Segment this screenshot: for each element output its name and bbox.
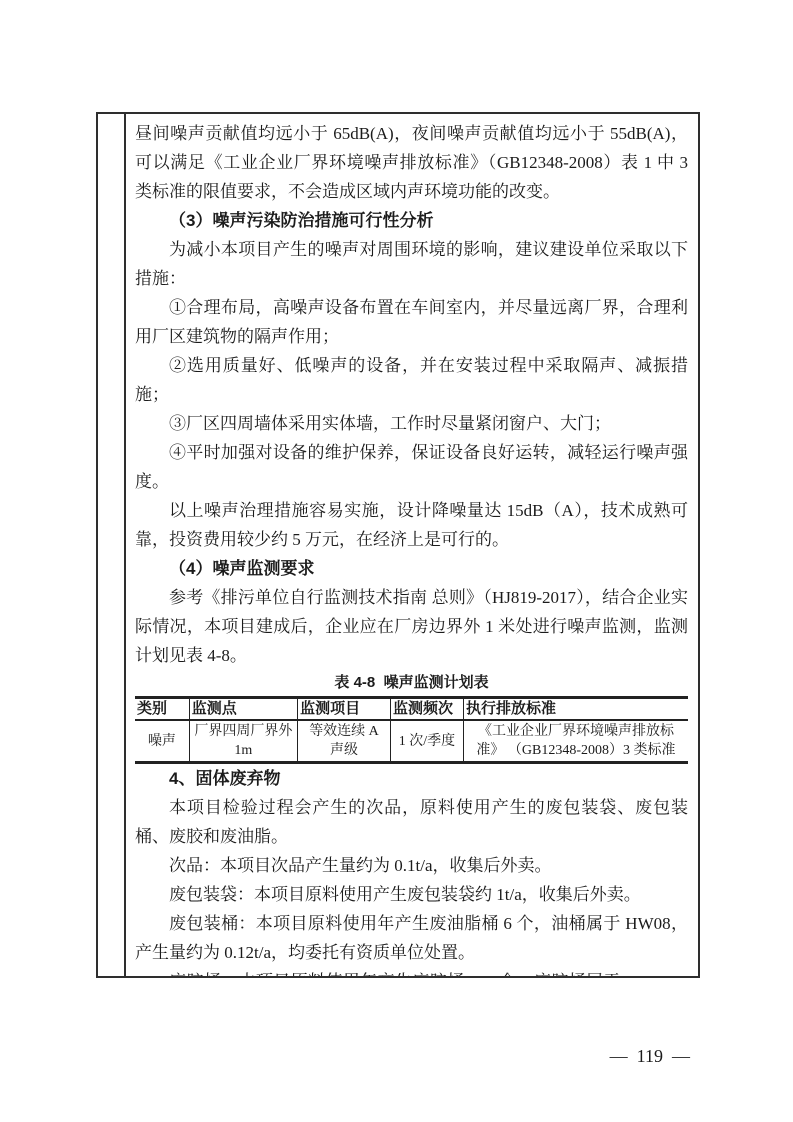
monitoring-table-block: 表 4-8 噪声监测计划表 类别 监测点 监测项目	[135, 670, 688, 764]
table-header-frequency: 监测频次	[390, 698, 463, 721]
paragraph-monitoring-plan: 参考《排污单位自行监测技术指南 总则》（HJ819-2017），结合企业实际情况…	[135, 583, 688, 670]
paragraph-solid-waste-intro: 本项目检验过程会产生的次品，原料使用产生的废包装袋、废包装桶、废胶和废油脂。	[135, 793, 688, 851]
content-frame: 昼间噪声贡献值均远小于 65dB(A)，夜间噪声贡献值均远小于 55dB(A)，…	[96, 112, 700, 978]
monitoring-table: 类别 监测点 监测项目 监测频次 执行排放标准 噪声 厂界四周厂界外 1m 等效…	[135, 696, 688, 764]
paragraph-measure-3: ③厂区四周墙体采用实体墙，工作时尽量紧闭窗户、大门；	[135, 409, 688, 438]
table-header-category: 类别	[135, 698, 189, 721]
table-header-row: 类别 监测点 监测项目 监测频次 执行排放标准	[135, 698, 688, 721]
table-cell-point: 厂界四周厂界外 1m	[189, 720, 297, 763]
table-header-standard: 执行排放标准	[463, 698, 688, 721]
table-header-item: 监测项目	[298, 698, 391, 721]
section-heading-noise-monitoring: （4）噪声监测要求	[135, 554, 688, 583]
content-cell: 昼间噪声贡献值均远小于 65dB(A)，夜间噪声贡献值均远小于 55dB(A)，…	[126, 114, 698, 976]
page-number: — 119 —	[0, 1046, 793, 1067]
paragraph-defective-products: 次品：本项目次品产生量约为 0.1t/a，收集后外卖。	[135, 851, 688, 880]
paragraph-noise-contribution: 昼间噪声贡献值均远小于 65dB(A)，夜间噪声贡献值均远小于 55dB(A)，…	[135, 119, 688, 206]
table-cell-standard: 《工业企业厂界环境噪声排放标准》 （GB12348-2008）3 类标准	[463, 720, 688, 763]
paragraph-waste-glue-drums: 废胶桶：本项目原料使用年产生废胶桶 196 个，废胶桶属于 HW49，产生量约为…	[135, 967, 688, 976]
paragraph-measure-1: ①合理布局，高噪声设备布置在车间室内，并尽量远离厂界，合理利用厂区建筑物的隔声作…	[135, 293, 688, 351]
paragraph-measure-2: ②选用质量好、低噪声的设备，并在安装过程中采取隔声、减振措施；	[135, 351, 688, 409]
section-heading-solid-waste: 4、固体废弃物	[135, 764, 688, 793]
section-heading-noise-measures: （3）噪声污染防治措施可行性分析	[135, 206, 688, 235]
table-row: 噪声 厂界四周厂界外 1m 等效连续 A 声级 1 次/季度 《工业企业厂界环境…	[135, 720, 688, 763]
paragraph-measures-conclusion: 以上噪声治理措施容易实施，设计降噪量达 15dB（A），技术成熟可靠，投资费用较…	[135, 496, 688, 554]
paragraph-waste-bags: 废包装袋：本项目原料使用产生废包装袋约 1t/a，收集后外卖。	[135, 880, 688, 909]
paragraph-measures-intro: 为减小本项目产生的噪声对周围环境的影响，建议建设单位采取以下措施：	[135, 235, 688, 293]
table-cell-frequency: 1 次/季度	[390, 720, 463, 763]
table-gutter-cell	[98, 114, 126, 976]
paragraph-waste-drums: 废包装桶：本项目原料使用年产生废油脂桶 6 个，油桶属于 HW08，产生量约为 …	[135, 909, 688, 967]
paragraph-measure-4: ④平时加强对设备的维护保养，保证设备良好运转，减轻运行噪声强度。	[135, 438, 688, 496]
table-header-point: 监测点	[189, 698, 297, 721]
table-cell-category: 噪声	[135, 720, 189, 763]
table-cell-item: 等效连续 A 声级	[298, 720, 391, 763]
document-page: 昼间噪声贡献值均远小于 65dB(A)，夜间噪声贡献值均远小于 55dB(A)，…	[0, 0, 793, 1122]
table-caption: 表 4-8 噪声监测计划表	[135, 670, 688, 696]
